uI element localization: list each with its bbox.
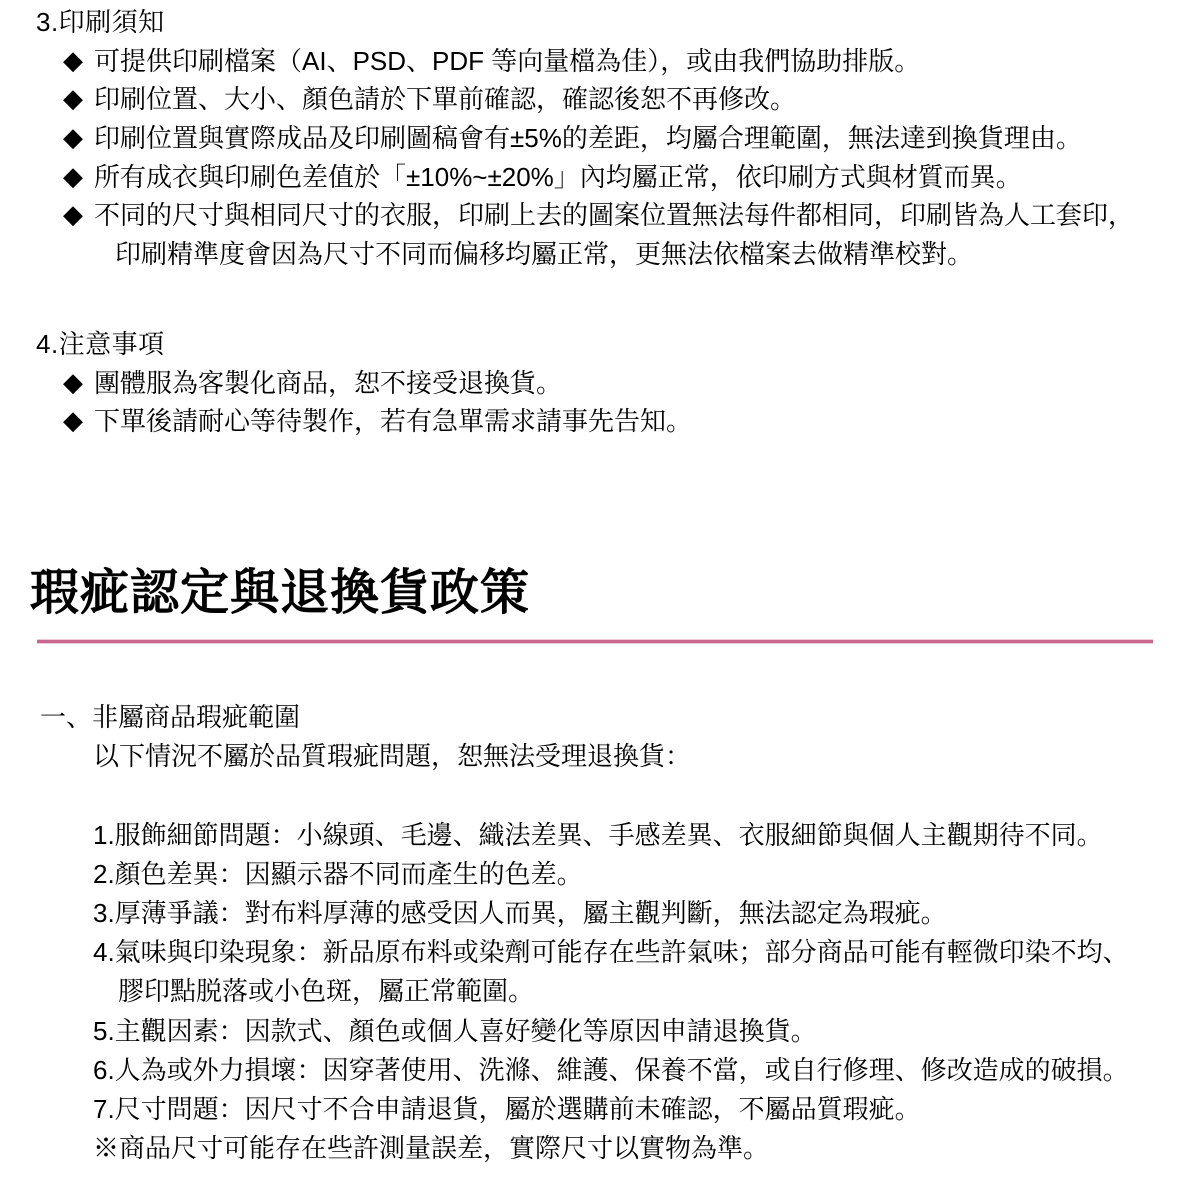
policy-item: 4.氣味與印染現象：新品原布料或染劑可能存在些許氣味；部分商品可能有輕微印染不均… xyxy=(93,933,1180,972)
policy-item: 6.人為或外力損壞：因穿著使用、洗滌、維護、保養不當，或自行修理、修改造成的破損… xyxy=(93,1051,1180,1090)
bullet-item: ◆印刷位置、大小、顏色請於下單前確認，確認後恕不再修改。 xyxy=(63,80,1181,119)
diamond-bullet-icon: ◆ xyxy=(63,363,83,402)
diamond-bullet-icon: ◆ xyxy=(63,79,83,118)
diamond-bullet-icon: ◆ xyxy=(63,157,83,196)
size-disclaimer-note: ※商品尺寸可能存在些許測量誤差，實際尺寸以實物為準。 xyxy=(93,1129,1180,1168)
caution-section-title: 4.注意事項 xyxy=(36,325,1181,364)
policy-item-continuation: 膠印點脱落或小色斑，屬正常範圍。 xyxy=(118,972,1180,1011)
diamond-bullet-icon: ◆ xyxy=(63,195,83,234)
bullet-text: 下單後請耐心等待製作，若有急單需求請事先告知。 xyxy=(94,406,692,436)
policy-item: 3.厚薄爭議：對布料厚薄的感受因人而異，屬主觀判斷，無法認定為瑕疵。 xyxy=(93,894,1180,933)
bullet-item: ◆團體服為客製化商品，恕不接受退換貨。 xyxy=(63,364,1181,403)
policy-item: 2.顏色差異：因顯示器不同而產生的色差。 xyxy=(93,855,1180,894)
bullet-continuation: 印刷精準度會因為尺寸不同而偏移均屬正常，更無法依檔案去做精準校對。 xyxy=(115,235,1181,274)
bullet-text: 所有成衣與印刷色差值於「±10%~±20%」內均屬正常，依印刷方式與材質而異。 xyxy=(94,162,1022,192)
bullet-item: ◆印刷位置與實際成品及印刷圖稿會有±5%的差距，均屬合理範圍，無法達到換貨理由。 xyxy=(63,119,1181,158)
bullet-item: ◆下單後請耐心等待製作，若有急單需求請事先告知。 xyxy=(63,402,1181,441)
printing-notes-section: 3.印刷須知 ◆可提供印刷檔案（AI、PSD、PDF 等向量檔為佳），或由我們協… xyxy=(36,3,1181,274)
subsection-intro: 以下情況不屬於品質瑕疵問題，恕無法受理退換貨： xyxy=(93,737,1180,776)
bullet-item: ◆所有成衣與印刷色差值於「±10%~±20%」內均屬正常，依印刷方式與材質而異。 xyxy=(63,158,1181,197)
diamond-bullet-icon: ◆ xyxy=(63,41,83,80)
defect-scope-section: 一、非屬商品瑕疵範圍 以下情況不屬於品質瑕疵問題，恕無法受理退換貨： 1.服飾細… xyxy=(40,698,1180,1168)
bullet-item: ◆可提供印刷檔案（AI、PSD、PDF 等向量檔為佳），或由我們協助排版。 xyxy=(63,42,1181,81)
policy-item: 7.尺寸問題：因尺寸不合申請退貨，屬於選購前未確認，不屬品質瑕疵。 xyxy=(93,1090,1180,1129)
caution-notes-section: 4.注意事項 ◆團體服為客製化商品，恕不接受退換貨。 ◆下單後請耐心等待製作，若… xyxy=(36,325,1181,441)
bullet-text: 可提供印刷檔案（AI、PSD、PDF 等向量檔為佳），或由我們協助排版。 xyxy=(94,46,920,76)
policy-item: 5.主觀因素：因款式、顏色或個人喜好變化等原因申請退換貨。 xyxy=(93,1012,1180,1051)
printing-section-title: 3.印刷須知 xyxy=(36,3,1181,42)
page-title: 瑕疵認定與退換貨政策 xyxy=(30,563,530,623)
diamond-bullet-icon: ◆ xyxy=(63,401,83,440)
bullet-text: 印刷位置、大小、顏色請於下單前確認，確認後恕不再修改。 xyxy=(94,84,796,114)
bullet-text: 印刷位置與實際成品及印刷圖稿會有±5%的差距，均屬合理範圍，無法達到換貨理由。 xyxy=(94,123,1082,153)
bullet-text: 團體服為客製化商品，恕不接受退換貨。 xyxy=(94,368,562,398)
spacer-row xyxy=(40,776,1180,815)
bullet-text: 不同的尺寸與相同尺寸的衣服，印刷上去的圖案位置無法每件都相同，印刷皆為人工套印， xyxy=(94,200,1134,230)
bullet-item: ◆不同的尺寸與相同尺寸的衣服，印刷上去的圖案位置無法每件都相同，印刷皆為人工套印… xyxy=(63,196,1181,235)
diamond-bullet-icon: ◆ xyxy=(63,118,83,157)
subsection-heading: 一、非屬商品瑕疵範圍 xyxy=(40,698,1180,737)
title-divider-line xyxy=(37,640,1153,643)
policy-item: 1.服飾細節問題：小線頭、毛邊、織法差異、手感差異、衣服細節與個人主觀期待不同。 xyxy=(93,816,1180,855)
